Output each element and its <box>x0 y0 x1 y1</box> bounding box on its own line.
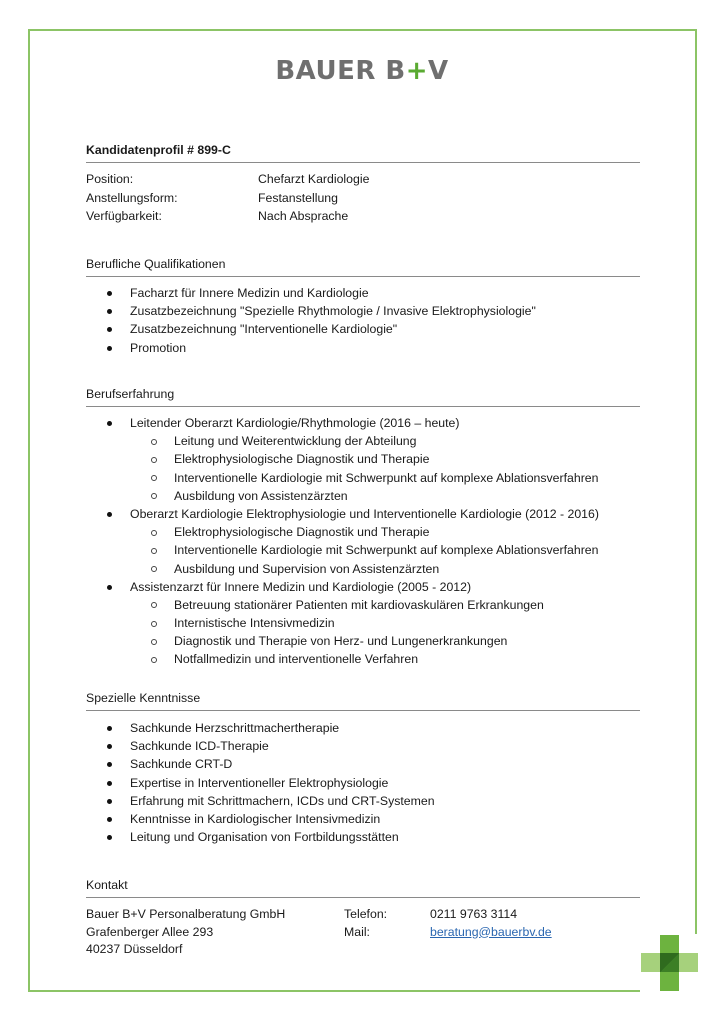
logo-plus-icon: + <box>406 56 428 86</box>
bullet-icon <box>107 291 112 296</box>
cross-logo-center-icon <box>660 953 679 972</box>
bullet-icon <box>107 762 112 767</box>
sub-bullet-icon <box>151 475 157 481</box>
contact-city: 40237 Düsseldorf <box>86 941 285 959</box>
sub-bullet-icon <box>151 530 157 536</box>
mail-link[interactable]: beratung@bauerbv.de <box>430 925 552 939</box>
sub-bullet-icon <box>151 457 157 463</box>
sub-bullet-icon <box>151 639 157 645</box>
sub-bullet-icon <box>151 602 157 608</box>
bullet-icon <box>107 327 112 332</box>
bullet-icon <box>107 799 112 804</box>
mail-label: Mail: <box>344 924 387 942</box>
sub-bullet-icon <box>151 548 157 554</box>
phone-label: Telefon: <box>344 906 387 924</box>
contact-values: 0211 9763 3114 beratung@bauerbv.de <box>430 906 552 941</box>
logo-text-left: BAUER B <box>275 56 405 86</box>
bullet-icon <box>107 512 112 517</box>
bullet-icon <box>107 744 112 749</box>
bullet-icon <box>107 309 112 314</box>
page-frame-right-border <box>695 29 697 934</box>
contact-address: Bauer B+V Personalberatung GmbH Grafenbe… <box>86 906 285 959</box>
sub-bullet-icon <box>151 439 157 445</box>
section-title-qualifications: Berufliche Qualifikationen <box>86 256 640 277</box>
page-frame-left-border <box>28 29 30 992</box>
logo-text-right: V <box>428 56 449 86</box>
field-value: Nach Absprache <box>258 208 348 224</box>
contact-labels: Telefon: Mail: <box>344 906 387 941</box>
field-label: Position: <box>86 171 133 187</box>
page-frame-bottom-border <box>28 990 640 992</box>
bullet-icon <box>107 421 112 426</box>
field-value: Festanstellung <box>258 190 338 206</box>
section-title-skills: Spezielle Kenntnisse <box>86 690 640 711</box>
bullet-icon <box>107 585 112 590</box>
phone-value: 0211 9763 3114 <box>430 906 552 924</box>
bullet-icon <box>107 835 112 840</box>
section-title-experience: Berufserfahrung <box>86 386 640 407</box>
field-value: Chefarzt Kardiologie <box>258 171 369 187</box>
field-label: Verfügbarkeit: <box>86 208 162 224</box>
profile-title: Kandidatenprofil # 899-C <box>86 142 640 163</box>
field-label: Anstellungsform: <box>86 190 178 206</box>
bullet-icon <box>107 346 112 351</box>
company-logo: BAUER B+V <box>0 56 724 86</box>
bullet-icon <box>107 781 112 786</box>
sub-bullet-icon <box>151 621 157 627</box>
section-title-contact: Kontakt <box>86 877 640 898</box>
contact-company: Bauer B+V Personalberatung GmbH <box>86 906 285 924</box>
sub-bullet-icon <box>151 566 157 572</box>
contact-street: Grafenberger Allee 293 <box>86 924 285 942</box>
sub-bullet-icon <box>151 657 157 663</box>
sub-bullet-icon <box>151 493 157 499</box>
bullet-icon <box>107 817 112 822</box>
page-frame-top-border <box>28 29 696 31</box>
bullet-icon <box>107 726 112 731</box>
